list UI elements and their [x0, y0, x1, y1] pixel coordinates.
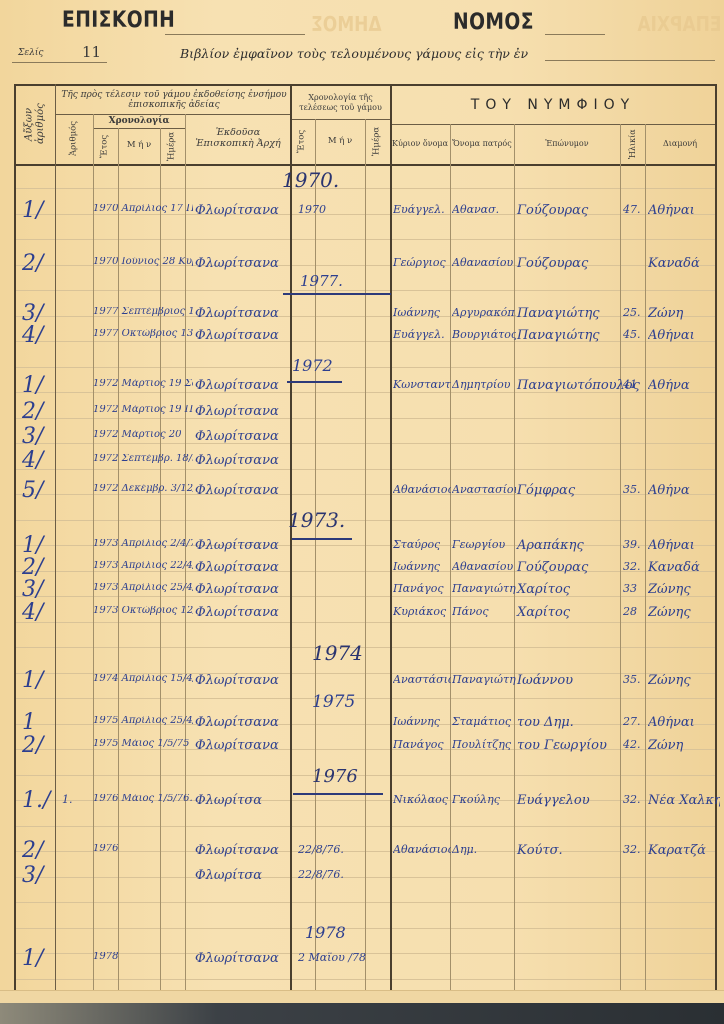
entry-age: 35. — [623, 674, 641, 685]
entry-serial: 1/ — [22, 198, 43, 223]
entry-age: 32. — [623, 794, 641, 805]
entry-residence: Αθήνα — [648, 484, 690, 497]
year-marker: 1973. — [288, 510, 345, 530]
table-left-border — [14, 84, 16, 990]
entry-authority: Φλωρίτσανα — [195, 454, 279, 467]
entry-license-date: 1972 Μάρτιος 19 Σαβ. — [93, 379, 193, 389]
entry-surname: Γόμφρας — [517, 484, 575, 497]
entry-authority: Φλωρίτσανα — [195, 952, 279, 965]
year-marker: 1977. — [300, 274, 343, 289]
entry-surname: Γούζουρας — [517, 257, 588, 270]
year-marker: 1974 — [312, 643, 363, 663]
year-marker: 1976 — [312, 768, 358, 786]
entry-serial: 1/ — [22, 373, 43, 398]
entry-license-date: 1972 Δεκέμβρ. 3/12/72 — [93, 484, 193, 494]
col-header-first-name: Κύριον ὄνομα — [391, 126, 449, 162]
ghost-eparchia-label: ΕΠΑΡΧΙΑ — [637, 12, 721, 36]
entry-license-date: 1973 Απρίλιος 22/4/73 — [93, 561, 193, 571]
entry-surname: του Δημ. — [517, 716, 574, 729]
entry-license-date: 1976 Μάιος 1/5/76. — [93, 794, 193, 804]
entry-license-date: 1970 Ιούνιος 28 Κυρ. — [93, 257, 193, 267]
entry-serial: 2/ — [22, 838, 43, 863]
table-right-border — [715, 84, 717, 990]
ledger-page: ΕΠΙΣΚΟΠΗ ΔΗΜΟΣ ΝΟΜΟΣ ΕΠΑΡΧΙΑ Σελίς 11 Βι… — [0, 0, 724, 1000]
col-divider — [645, 124, 646, 990]
entry-serial: 4/ — [22, 600, 43, 625]
entry-first-name: Σταύρος — [393, 539, 440, 550]
entry-father-name: Αργυρακόπ. — [452, 307, 516, 318]
entry-age: 41 — [623, 379, 637, 390]
entry-authority: Φλωρίτσανα — [195, 674, 279, 687]
entry-serial: 1./ — [22, 788, 50, 813]
entry-residence: Καναδά — [648, 257, 700, 270]
year-separator-line — [287, 381, 342, 383]
entry-serial: 2/ — [22, 251, 43, 276]
entry-surname: Παναγιώτης — [517, 307, 600, 320]
entry-first-name: Πανάγος — [393, 739, 444, 750]
page-label: Σελίς — [18, 48, 43, 58]
entry-first-name: Ιωάννης — [393, 561, 440, 572]
entry-surname: Κούτσ. — [517, 844, 563, 857]
entry-father-name: Αθανασ. — [452, 204, 499, 215]
entry-surname: Αραπάκης — [517, 539, 584, 552]
entry-residence: Καναδά — [648, 561, 700, 574]
entry-age: 25. — [623, 307, 641, 318]
entry-father-name: Αναστασίου — [452, 484, 516, 495]
col-header-issuing-authority: Ἐκδοῦσα Ἐπισκοπικὴ Ἀρχή — [187, 116, 289, 162]
entry-first-name: Γεώργιος — [393, 257, 446, 268]
entry-age: 33 — [623, 583, 637, 594]
entry-first-name: Αθανάσιος — [393, 844, 451, 855]
entry-license-date: 1978 — [93, 952, 118, 962]
entry-residence: Νέα Χαλκηδόνα — [648, 794, 720, 807]
entry-serial: 5/ — [22, 478, 43, 503]
ceremony-subheader-line — [290, 119, 390, 120]
col-divider — [185, 114, 186, 990]
entry-residence: Αθήναι — [648, 204, 695, 217]
entry-authority: Φλωρίτσανα — [195, 307, 279, 320]
entry-first-name: Ιωάννης — [393, 307, 440, 318]
entry-authority: Φλωρίτσανα — [195, 844, 279, 857]
table-top-border — [14, 84, 716, 86]
entry-residence: Ζώνης — [648, 583, 691, 596]
entry-serial: 4/ — [22, 448, 43, 473]
col-divider — [315, 119, 316, 990]
entry-father-name: Γκούλης — [452, 794, 500, 805]
entry-father-name: Παναγιώτης — [452, 674, 516, 685]
entry-license-date: 1975 Απρίλιος 25/4/75 — [93, 716, 193, 726]
entry-age: 27. — [623, 716, 641, 727]
entry-father-name: Αθανασίου — [452, 561, 513, 572]
groom-subheader-line — [390, 124, 716, 125]
col-divider — [450, 124, 451, 990]
entry-authority: Φλωρίτσανα — [195, 430, 279, 443]
entry-ceremony-date: 1970 — [298, 204, 326, 215]
entry-authority: Φλωρίτσανα — [195, 484, 279, 497]
entry-ceremony-date: 22/8/76. — [298, 869, 344, 880]
entry-residence: Αθήναι — [648, 539, 695, 552]
entry-authority: Φλωρίτσανα — [195, 606, 279, 619]
entry-surname: Χαρίτος — [517, 583, 570, 596]
entry-surname: Ιωάννου — [517, 674, 573, 687]
page-bottom-edge — [0, 990, 724, 1004]
col-divider — [55, 84, 56, 990]
entry-residence: Ζώνης — [648, 606, 691, 619]
entry-authority: Φλωρίτσανα — [195, 583, 279, 596]
entry-authority: Φλωρίτσανα — [195, 716, 279, 729]
year-marker: 1978 — [305, 925, 346, 941]
entry-serial: 3/ — [22, 863, 43, 888]
entry-authority: Φλωρίτσανα — [195, 405, 279, 418]
entry-authority: Φλωρίτσανα — [195, 561, 279, 574]
year-marker: 1972 — [292, 358, 333, 374]
entry-serial: 1/ — [22, 946, 43, 971]
entry-father-name: Βουργιάτος — [452, 329, 516, 340]
entry-residence: Ζώνης — [648, 674, 691, 687]
entry-surname: Γούζουρας — [517, 561, 588, 574]
entry-first-name: Ιωάννης — [393, 716, 440, 727]
entry-serial: 2/ — [22, 733, 43, 758]
col-divider — [365, 119, 366, 990]
col-header-license-month: Μ ή ν — [119, 130, 159, 162]
entry-age: 42. — [623, 739, 641, 750]
entry-father-name: Δημητρίου — [452, 379, 510, 390]
entry-serial: 4/ — [22, 323, 43, 348]
entry-father-name: Σταμάτιος — [452, 716, 511, 727]
entry-license-date: 1977 Σεπτέμβριος 17. — [93, 307, 193, 317]
col-divider — [390, 84, 392, 990]
entry-father-name: Γεωργίου — [452, 539, 505, 550]
book-title-field-line — [545, 60, 715, 61]
entry-serial: 1 — [22, 710, 36, 735]
entry-license-date: 1974 Απρίλιος 15/4/74 — [93, 674, 193, 684]
entry-first-name: Πανάγος — [393, 583, 444, 594]
entry-age: 32. — [623, 844, 641, 855]
nomos-field-line — [545, 34, 605, 35]
col-header-license-day: Ἡμέρα — [161, 130, 184, 162]
col-header-ceremony-year: Ἔτος — [291, 121, 314, 162]
entry-age: 28 — [623, 606, 637, 617]
entry-first-name: Κωνσταντίνος — [393, 379, 451, 390]
col-divider — [290, 84, 292, 990]
year-separator-line — [293, 793, 383, 795]
entry-father-name: Πουλίτζης — [452, 739, 511, 750]
entry-license-date: 1972 Μάρτιος 20 — [93, 430, 181, 440]
entry-surname: Ευάγγελου — [517, 794, 590, 807]
entry-license-date: 1973 Απρίλιος 25/4/73. — [93, 583, 193, 593]
entry-surname: Παναγιωτόπουλος — [517, 379, 640, 392]
entry-serial: 3/ — [22, 577, 43, 602]
book-title: Βιβλίον ἐμφαῖνον τοὺς τελουμένους γάμους… — [180, 46, 528, 61]
entry-license-date: 1972 Σεπτέμβρ. 18/9/72 — [93, 454, 193, 464]
entry-first-name: Κυριάκος — [393, 606, 446, 617]
year-marker: 1975 — [312, 694, 355, 711]
page-number: 11 — [82, 43, 101, 61]
entry-age: 45. — [623, 329, 641, 340]
entry-license-date: 1972 Μάρτιος 19 Παρ. — [93, 405, 193, 415]
entry-authority: Φλωρίτσανα — [195, 379, 279, 392]
bishopric-label: ΕΠΙΣΚΟΠΗ — [62, 8, 175, 33]
nomos-label: ΝΟΜΟΣ — [453, 10, 534, 35]
col-header-age: Ἡλικία — [621, 126, 644, 162]
entry-first-name: Ευάγγελ. — [393, 204, 445, 215]
col-header-ceremony-month: Μ ή ν — [316, 121, 364, 162]
entry-serial: 2/ — [22, 399, 43, 424]
entry-surname: Παναγιώτης — [517, 329, 600, 342]
entry-license-date: 1976 — [93, 844, 118, 854]
col-divider — [514, 124, 515, 990]
col-header-license-date-group: Χρονολογία — [94, 115, 184, 128]
entry-serial: 1/ — [22, 668, 43, 693]
col-divider — [620, 124, 621, 990]
col-header-license-number: Ἀριθμός — [57, 116, 92, 162]
entry-surname: του Γεωργίου — [517, 739, 607, 752]
entry-license-date: 1970 Απρίλιος 17 Παρ. — [93, 204, 193, 214]
ghost-dimos-label: ΔΗΜΟΣ — [311, 12, 381, 36]
entry-license-date: 1973 Απρίλιος 2/4/73 — [93, 539, 193, 549]
entry-authority: Φλωρίτσανα — [195, 329, 279, 342]
entry-age: 32. — [623, 561, 641, 572]
entry-license-date: 1973 Οκτώβριος 12/10/73 — [93, 606, 193, 616]
col-header-surname: Ἐπώνυμον — [515, 126, 619, 162]
entry-residence: Αθήναι — [648, 716, 695, 729]
entry-authority: Φλωρίτσανα — [195, 257, 279, 270]
entry-first-name: Ευάγγελ. — [393, 329, 445, 340]
entry-first-name: Νικόλαος — [393, 794, 448, 805]
entry-father-name: Παναγιώτη — [452, 583, 516, 594]
year-marker: 1970. — [282, 170, 339, 190]
entry-residence: Ζώνη — [648, 739, 683, 752]
entry-first-name: Αθανάσιος — [393, 484, 451, 495]
entry-authority: Φλωρίτσανα — [195, 204, 279, 217]
entry-age: 39. — [623, 539, 641, 550]
scan-background-strip — [0, 1003, 724, 1024]
entry-age: 47. — [623, 204, 641, 215]
col-header-father-name: Ὄνομα πατρός — [451, 126, 513, 162]
entry-father-name: Δημ. — [452, 844, 477, 855]
entry-surname: Χαρίτος — [517, 606, 570, 619]
entry-serial: 3/ — [22, 424, 43, 449]
entry-residence: Αθήνα — [648, 379, 690, 392]
col-header-ceremony-day: Ἡμέρα — [366, 121, 389, 162]
col-header-serial: Αὔξων ἀριθμός — [16, 86, 54, 162]
year-separator-line — [292, 538, 352, 540]
entry-ceremony-date: 22/8/76. — [298, 844, 344, 855]
date-subheader-line — [93, 128, 185, 129]
entry-age: 35. — [623, 484, 641, 495]
entry-surname: Γούζουρας — [517, 204, 588, 217]
bishopric-field-line — [165, 34, 305, 35]
entry-residence: Καρατζά — [648, 844, 706, 857]
col-header-groom-group: ΤΟΥ ΝΥΜΦΙΟΥ — [392, 88, 714, 123]
col-divider — [93, 114, 94, 990]
entry-father-name: Αθανασίου — [452, 257, 513, 268]
entry-residence: Αθήναι — [648, 329, 695, 342]
entry-residence: Ζώνη — [648, 307, 683, 320]
page-field-line — [12, 62, 107, 63]
entry-first-name: Αναστάσιος — [393, 674, 451, 685]
col-header-ceremony-group: Χρονολογία τῆς τελέσεως τοῦ γάμου — [292, 87, 389, 118]
year-separator-line — [283, 293, 391, 295]
entry-license-date: 1977 Οκτώβριος 13. — [93, 329, 193, 339]
entry-authority: Φλωρίτσα — [195, 869, 262, 882]
entry-father-name: Πάνος — [452, 606, 489, 617]
col-header-license-group: Τῆς πρὸς τέλεσιν τοῦ γάμου ἐκδοθείσης ἐν… — [60, 87, 288, 113]
entry-authority: Φλωρίτσα — [195, 794, 262, 807]
entry-authority: Φλωρίτσανα — [195, 539, 279, 552]
col-header-residence: Διαμονή — [646, 126, 714, 162]
entry-license-number: 1. — [62, 794, 73, 805]
entry-license-date: 1975 Μάιος 1/5/75 — [93, 739, 190, 749]
col-header-license-year: Ἔτος — [94, 130, 117, 162]
entry-ceremony-date: 2 Μαΐου /78 — [298, 952, 366, 963]
entry-authority: Φλωρίτσανα — [195, 739, 279, 752]
